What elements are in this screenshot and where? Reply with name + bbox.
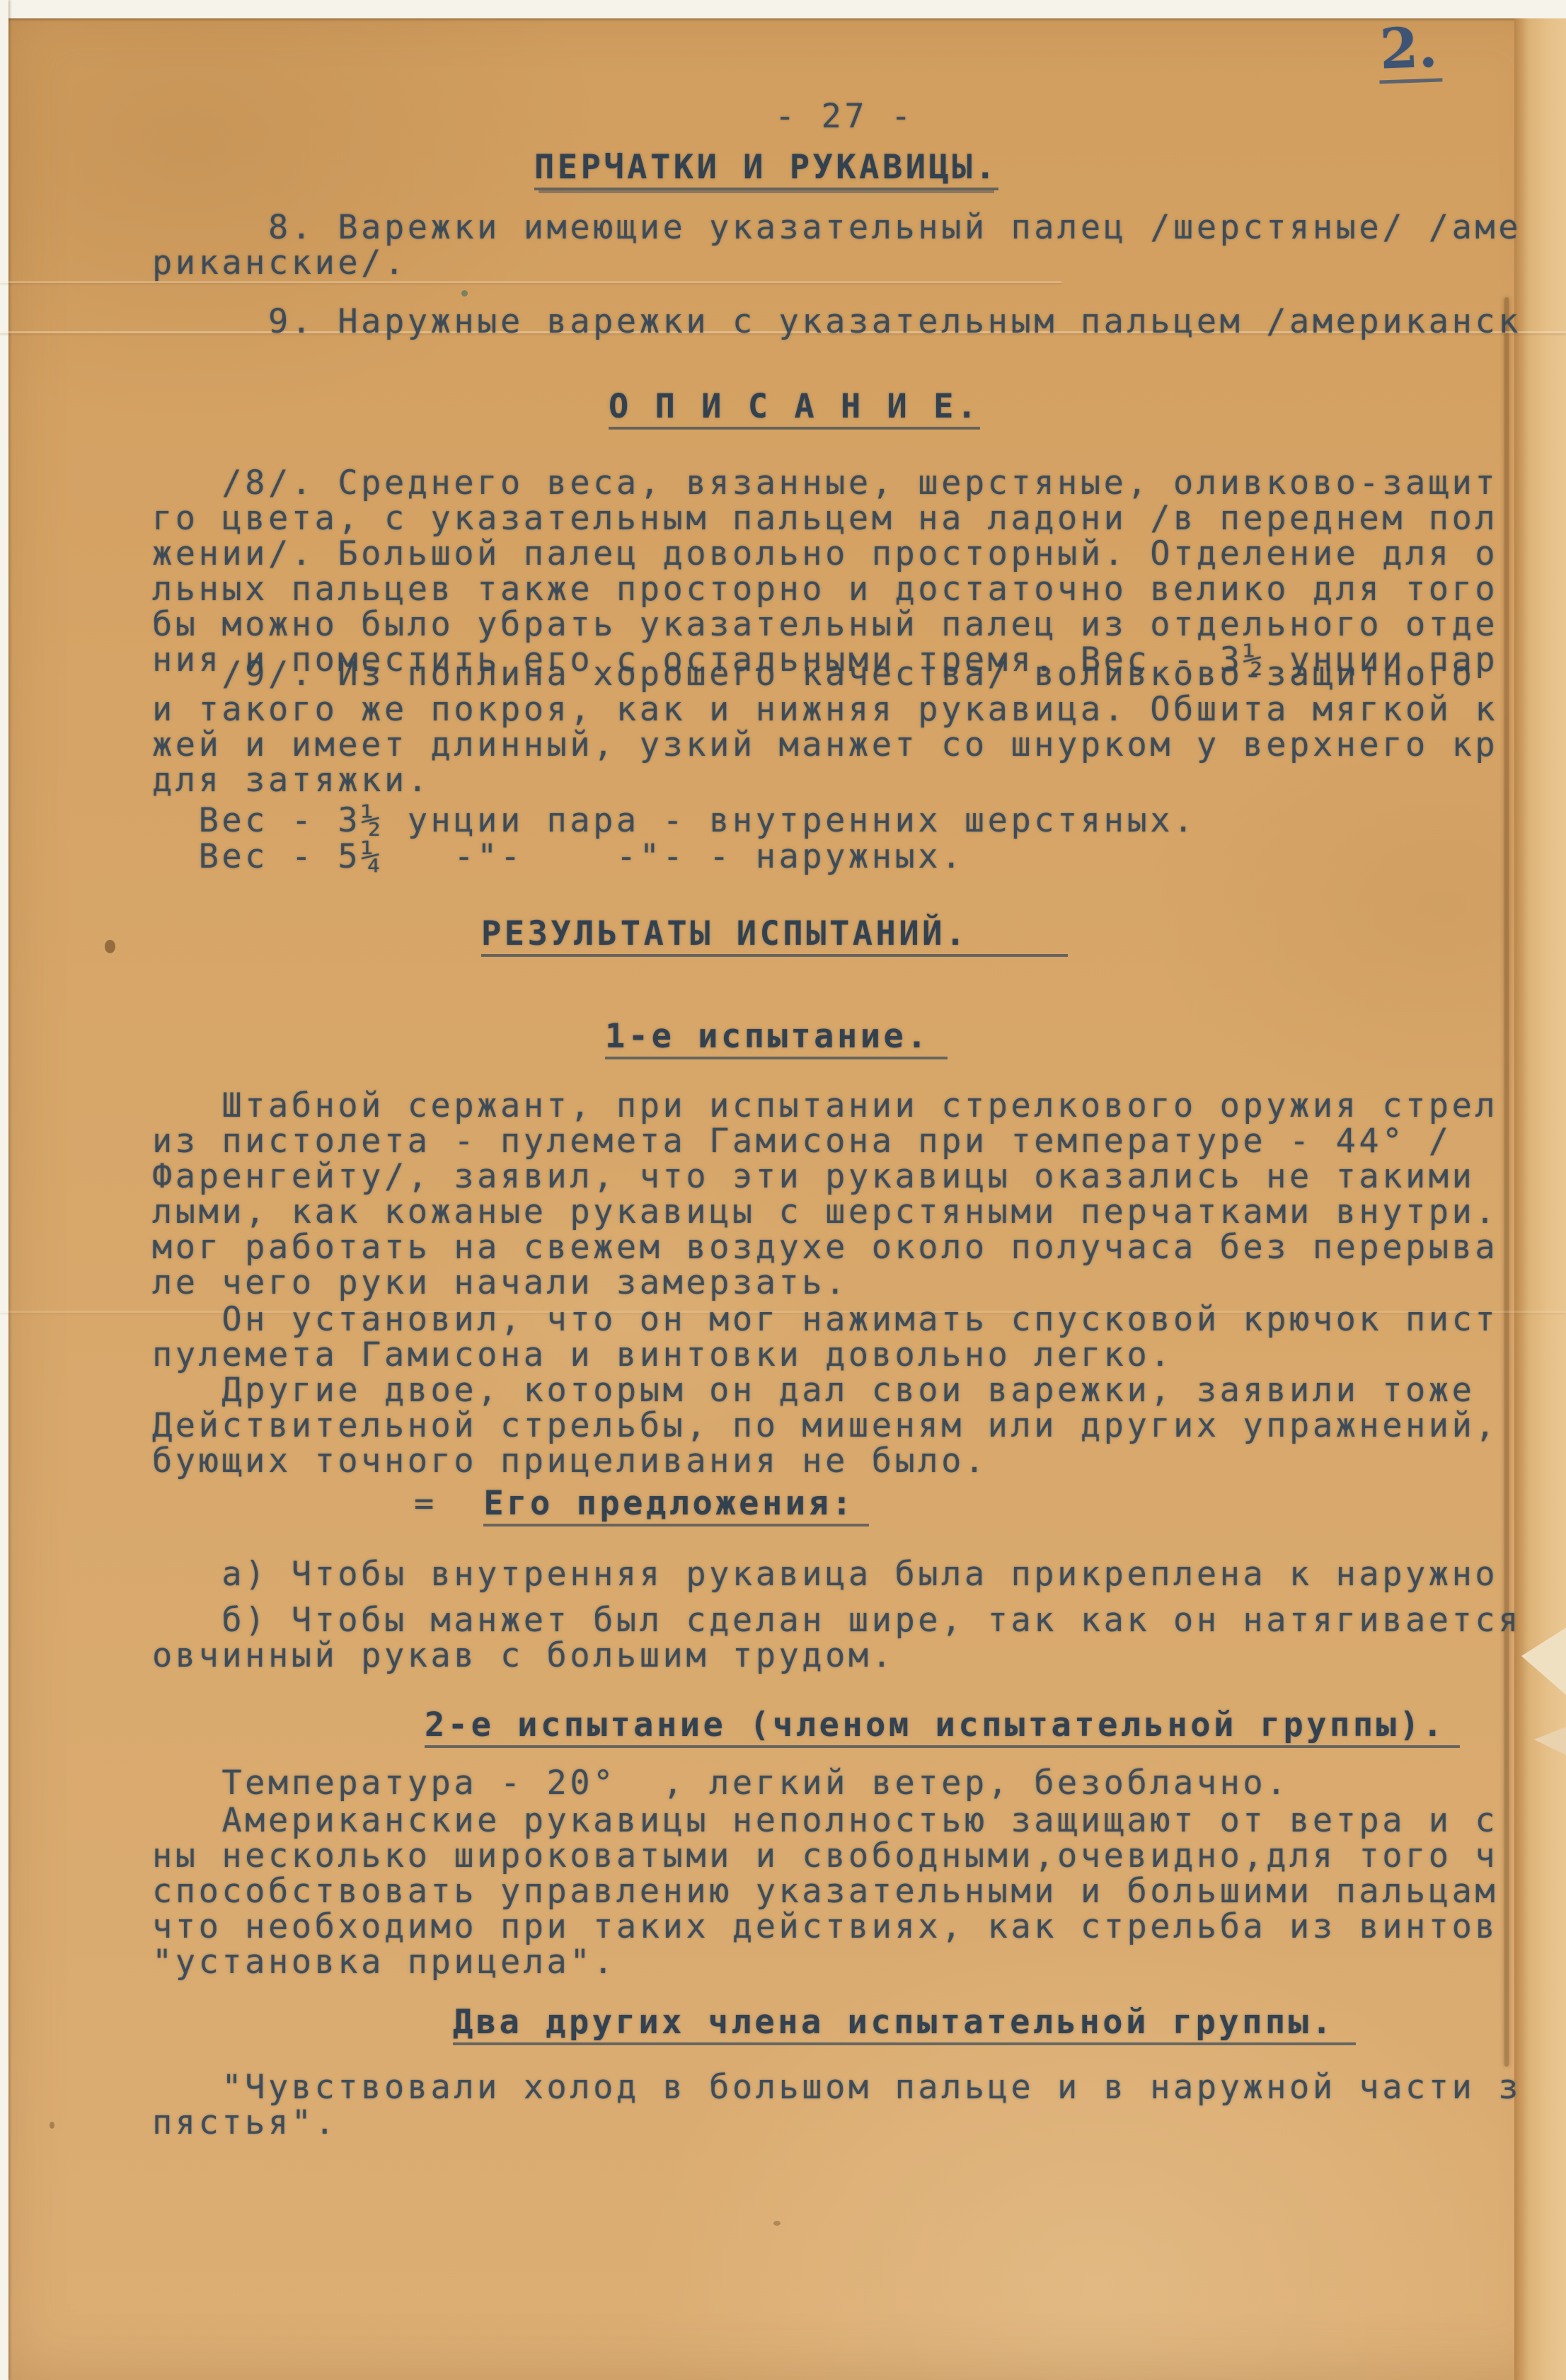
test2-para-2: Американские рукавицы неполностью защища… [152, 1803, 1498, 1980]
corner-page-mark: 2. [1377, 18, 1442, 84]
description-section: О П И С А Н И Е. [609, 389, 980, 430]
description-para-9: /9/. Из поплина хорошего качества/ волив… [152, 657, 1498, 798]
doc-title: ПЕРЧАТКИ И РУКАВИЦЫ. [534, 150, 998, 190]
paper-speck [773, 2221, 781, 2226]
proposal-a: а) Чтобы внутренняя рукавица была прикре… [152, 1557, 1498, 1592]
test1-para-3: Другие двое, которым он дал свои варежки… [152, 1373, 1498, 1479]
document-scan: - 27 - 2. ПЕРЧАТКИ И РУКАВИЦЫ. 8. Варежк… [0, 0, 1566, 2380]
paper-speck [105, 940, 115, 953]
test2-heading: 2-е испытание (членом испытательной груп… [425, 1708, 1460, 1748]
test2-section: 2-е испытание (членом испытательной груп… [425, 1708, 1460, 1748]
paper-speck [461, 290, 468, 297]
weight-line-outer: Вес - 5¼ -"- -"- - наружных. [152, 839, 965, 875]
page-number: - 27 - [775, 99, 914, 134]
proposals-prefix: = [414, 1484, 483, 1523]
scan-margin-left [0, 0, 8, 2380]
list-item-8: 8. Варежки имеющие указательный палец /ш… [152, 210, 1521, 281]
proposal-b: б) Чтобы манжет был сделан шире, так как… [152, 1603, 1521, 1674]
results-heading: РЕЗУЛЬТАТЫ ИСПЫТАНИЙ. [481, 916, 1068, 957]
paper-speck [50, 2122, 54, 2129]
torn-edge-notch-2 [1534, 1727, 1566, 1755]
results-section: РЕЗУЛЬТАТЫ ИСПЫТАНИЙ. [481, 916, 1068, 957]
proposals-heading: Его предложения: [483, 1486, 869, 1527]
test1-section: 1-е испытание. [605, 1019, 948, 1059]
list-item-9: 9. Наружные варежки с указательным пальц… [152, 304, 1521, 340]
test1-para-1: Штабной сержант, при испытании стрелково… [152, 1088, 1498, 1301]
page-edge-strip [1514, 18, 1566, 2380]
proposals-section: = Его предложения: [414, 1486, 869, 1527]
scan-margin-top [0, 0, 1566, 18]
test1-heading: 1-е испытание. [605, 1019, 948, 1059]
page-edge-shadow [1504, 297, 1509, 2066]
doc-title-text: ПЕРЧАТКИ И РУКАВИЦЫ. [534, 150, 998, 190]
others-heading: Два других члена испытательной группы. [453, 2005, 1356, 2045]
others-para: "Чувствовали холод в большом пальце и в … [152, 2070, 1521, 2141]
description-heading: О П И С А Н И Е. [609, 389, 980, 430]
description-para-8: /8/. Среднего веса, вязанные, шерстяные,… [152, 466, 1498, 678]
test2-para-1: Температура - 20° , легкий ветер, безобл… [152, 1766, 1289, 1801]
test1-para-2: Он установил, что он мог нажимать спуско… [152, 1302, 1498, 1373]
weight-line-inner: Вес - 3½ унции пара - внутренних шерстян… [152, 803, 1197, 839]
others-section: Два других члена испытательной группы. [453, 2005, 1356, 2045]
torn-edge-notch [1521, 1628, 1566, 1695]
